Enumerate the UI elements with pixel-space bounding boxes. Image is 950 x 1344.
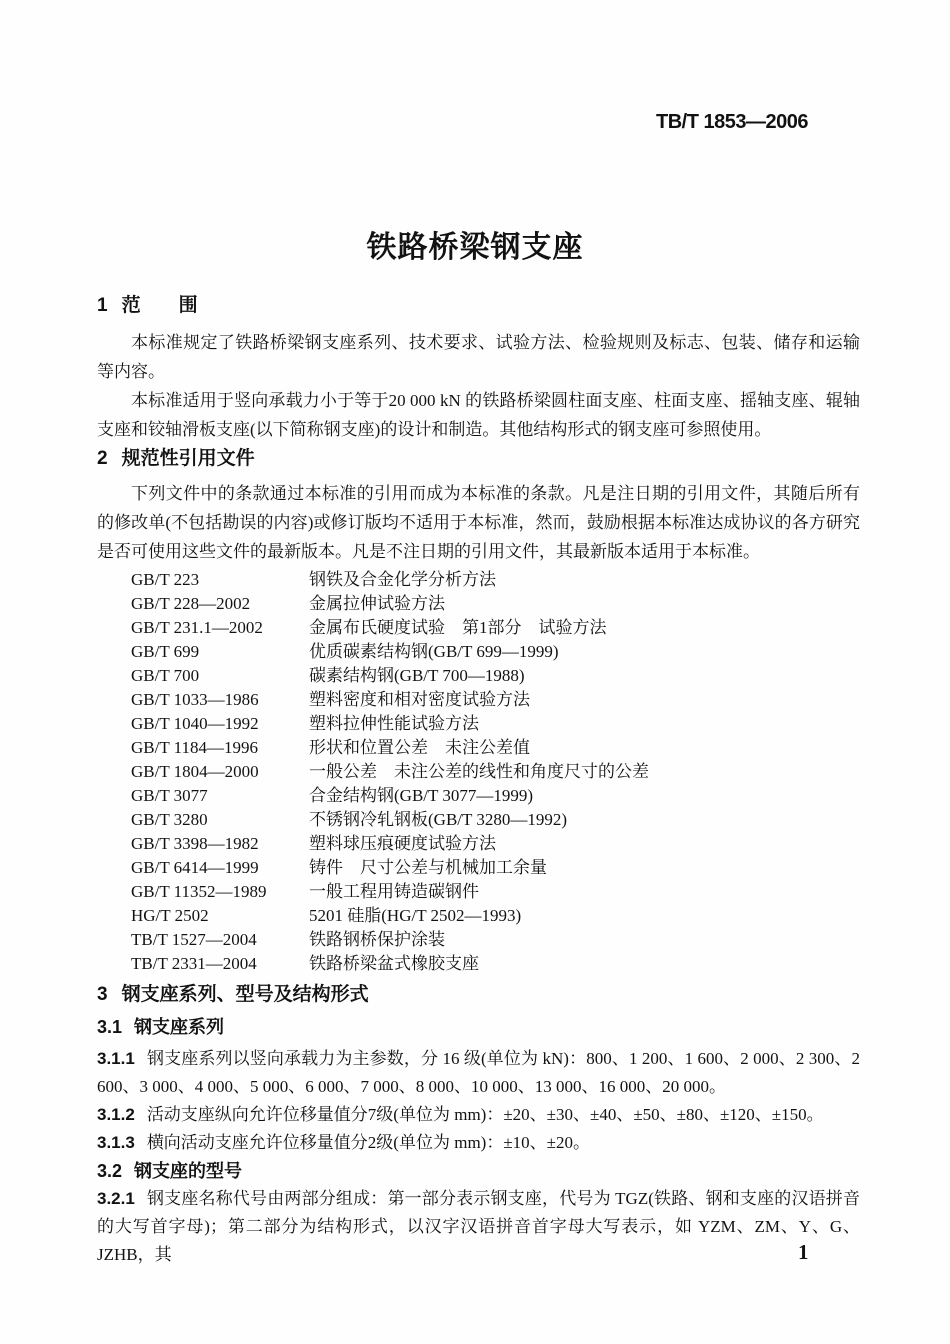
reference-title: 碳素结构钢(GB/T 700—1988) — [309, 664, 860, 688]
reference-item: GB/T 1040—1992塑料拉伸性能试验方法 — [131, 712, 860, 736]
reference-item: TB/T 1527—2004铁路钢桥保护涂装 — [131, 928, 860, 952]
reference-title: 合金结构钢(GB/T 3077—1999) — [309, 784, 860, 808]
section-2-heading: 2规范性引用文件 — [97, 448, 860, 469]
reference-item: GB/T 3280不锈钢冷轧钢板(GB/T 3280—1992) — [131, 808, 860, 832]
reference-code: GB/T 11352—1989 — [131, 880, 309, 904]
reference-code: GB/T 699 — [131, 640, 309, 664]
reference-title: 塑料球压痕硬度试验方法 — [309, 832, 860, 856]
section-2-title: 规范性引用文件 — [122, 448, 255, 469]
reference-item: GB/T 3077合金结构钢(GB/T 3077—1999) — [131, 784, 860, 808]
clause-3-2-1-number: 3.2.1 — [97, 1189, 135, 1208]
section-3-title: 钢支座系列、型号及结构形式 — [122, 984, 369, 1005]
section-3-number: 3 — [97, 984, 108, 1005]
reference-code: GB/T 3077 — [131, 784, 309, 808]
reference-title: 5201 硅脂(HG/T 2502—1993) — [309, 904, 860, 928]
reference-code: GB/T 700 — [131, 664, 309, 688]
reference-code: GB/T 223 — [131, 568, 309, 592]
reference-item: GB/T 228—2002金属拉伸试验方法 — [131, 592, 860, 616]
document-page: TB/T 1853—2006 铁路桥梁钢支座 1范 围 本标准规定了铁路桥梁钢支… — [0, 0, 950, 1344]
references-intro-paragraph: 下列文件中的条款通过本标准的引用而成为本标准的条款。凡是注日期的引用文件，其随后… — [97, 479, 860, 566]
reference-title: 一般工程用铸造碳钢件 — [309, 880, 860, 904]
clause-3-1-1: 3.1.1钢支座系列以竖向承载力为主参数，分 16 级(单位为 kN)：800、… — [97, 1045, 860, 1101]
reference-code: TB/T 2331—2004 — [131, 952, 309, 976]
reference-code: GB/T 231.1—2002 — [131, 616, 309, 640]
reference-title: 不锈钢冷轧钢板(GB/T 3280—1992) — [309, 808, 860, 832]
reference-code: TB/T 1527—2004 — [131, 928, 309, 952]
reference-title: 一般公差 未注公差的线性和角度尺寸的公差 — [309, 760, 860, 784]
reference-title: 金属拉伸试验方法 — [309, 592, 860, 616]
clause-3-1-1-number: 3.1.1 — [97, 1049, 135, 1068]
reference-item: GB/T 700碳素结构钢(GB/T 700—1988) — [131, 664, 860, 688]
document-title: 铁路桥梁钢支座 — [0, 222, 950, 266]
subsection-3-2-title: 钢支座的型号 — [134, 1161, 242, 1181]
reference-code: GB/T 1033—1986 — [131, 688, 309, 712]
reference-title: 塑料拉伸性能试验方法 — [309, 712, 860, 736]
subsection-3-2-heading: 3.2钢支座的型号 — [97, 1157, 860, 1185]
section-1-heading: 1范 围 — [97, 295, 860, 316]
document-body: 1范 围 本标准规定了铁路桥梁钢支座系列、技术要求、试验方法、检验规则及标志、包… — [97, 295, 860, 1269]
section-2-number: 2 — [97, 448, 108, 469]
scope-paragraph-1: 本标准规定了铁路桥梁钢支座系列、技术要求、试验方法、检验规则及标志、包装、储存和… — [97, 328, 860, 386]
reference-item: GB/T 6414—1999铸件 尺寸公差与机械加工余量 — [131, 856, 860, 880]
page-number: 1 — [798, 1240, 809, 1265]
reference-title: 优质碳素结构钢(GB/T 699—1999) — [309, 640, 860, 664]
section-1-number: 1 — [97, 295, 108, 316]
reference-title: 塑料密度和相对密度试验方法 — [309, 688, 860, 712]
reference-item: GB/T 1804—2000一般公差 未注公差的线性和角度尺寸的公差 — [131, 760, 860, 784]
reference-item: HG/T 25025201 硅脂(HG/T 2502—1993) — [131, 904, 860, 928]
clause-3-2-1: 3.2.1钢支座名称代号由两部分组成：第一部分表示钢支座，代号为 TGZ(铁路、… — [97, 1185, 860, 1269]
section-3-heading: 3钢支座系列、型号及结构形式 — [97, 984, 860, 1005]
reference-code: HG/T 2502 — [131, 904, 309, 928]
reference-item: TB/T 2331—2004铁路桥梁盆式橡胶支座 — [131, 952, 860, 976]
reference-item: GB/T 699优质碳素结构钢(GB/T 699—1999) — [131, 640, 860, 664]
standard-number: TB/T 1853—2006 — [656, 111, 808, 134]
reference-code: GB/T 228—2002 — [131, 592, 309, 616]
reference-title: 铸件 尺寸公差与机械加工余量 — [309, 856, 860, 880]
reference-item: GB/T 11352—1989一般工程用铸造碳钢件 — [131, 880, 860, 904]
reference-title: 形状和位置公差 未注公差值 — [309, 736, 860, 760]
reference-title: 铁路钢桥保护涂装 — [309, 928, 860, 952]
reference-title: 钢铁及合金化学分析方法 — [309, 568, 860, 592]
reference-code: GB/T 3398—1982 — [131, 832, 309, 856]
reference-item: GB/T 223钢铁及合金化学分析方法 — [131, 568, 860, 592]
reference-title: 铁路桥梁盆式橡胶支座 — [309, 952, 860, 976]
clause-3-1-3: 3.1.3横向活动支座允许位移量值分2级(单位为 mm)：±10、±20。 — [97, 1129, 860, 1157]
clause-3-1-2-number: 3.1.2 — [97, 1105, 135, 1124]
subsection-3-1-number: 3.1 — [97, 1017, 122, 1037]
subsection-3-1-title: 钢支座系列 — [134, 1017, 224, 1037]
section-1-title: 范 围 — [122, 295, 198, 316]
scope-paragraph-2: 本标准适用于竖向承载力小于等于20 000 kN 的铁路桥梁圆柱面支座、柱面支座… — [97, 386, 860, 444]
subsection-3-2-number: 3.2 — [97, 1161, 122, 1181]
clause-3-1-2-text: 活动支座纵向允许位移量值分7级(单位为 mm)：±20、±30、±40、±50、… — [147, 1105, 824, 1124]
reference-code: GB/T 1804—2000 — [131, 760, 309, 784]
clause-3-1-1-text: 钢支座系列以竖向承载力为主参数，分 16 级(单位为 kN)：800、1 200… — [97, 1049, 860, 1096]
reference-code: GB/T 1040—1992 — [131, 712, 309, 736]
reference-list: GB/T 223钢铁及合金化学分析方法 GB/T 228—2002金属拉伸试验方… — [131, 568, 860, 976]
subsection-3-1-heading: 3.1钢支座系列 — [97, 1017, 860, 1037]
reference-item: GB/T 1033—1986塑料密度和相对密度试验方法 — [131, 688, 860, 712]
reference-item: GB/T 1184—1996形状和位置公差 未注公差值 — [131, 736, 860, 760]
reference-item: GB/T 3398—1982塑料球压痕硬度试验方法 — [131, 832, 860, 856]
clause-3-1-2: 3.1.2活动支座纵向允许位移量值分7级(单位为 mm)：±20、±30、±40… — [97, 1101, 860, 1129]
reference-code: GB/T 6414—1999 — [131, 856, 309, 880]
reference-item: GB/T 231.1—2002金属布氏硬度试验 第1部分 试验方法 — [131, 616, 860, 640]
reference-code: GB/T 1184—1996 — [131, 736, 309, 760]
clause-3-1-3-number: 3.1.3 — [97, 1133, 135, 1152]
reference-title: 金属布氏硬度试验 第1部分 试验方法 — [309, 616, 860, 640]
clause-3-1-3-text: 横向活动支座允许位移量值分2级(单位为 mm)：±10、±20。 — [147, 1133, 590, 1152]
reference-code: GB/T 3280 — [131, 808, 309, 832]
clause-3-2-1-text: 钢支座名称代号由两部分组成：第一部分表示钢支座，代号为 TGZ(铁路、钢和支座的… — [97, 1189, 860, 1264]
